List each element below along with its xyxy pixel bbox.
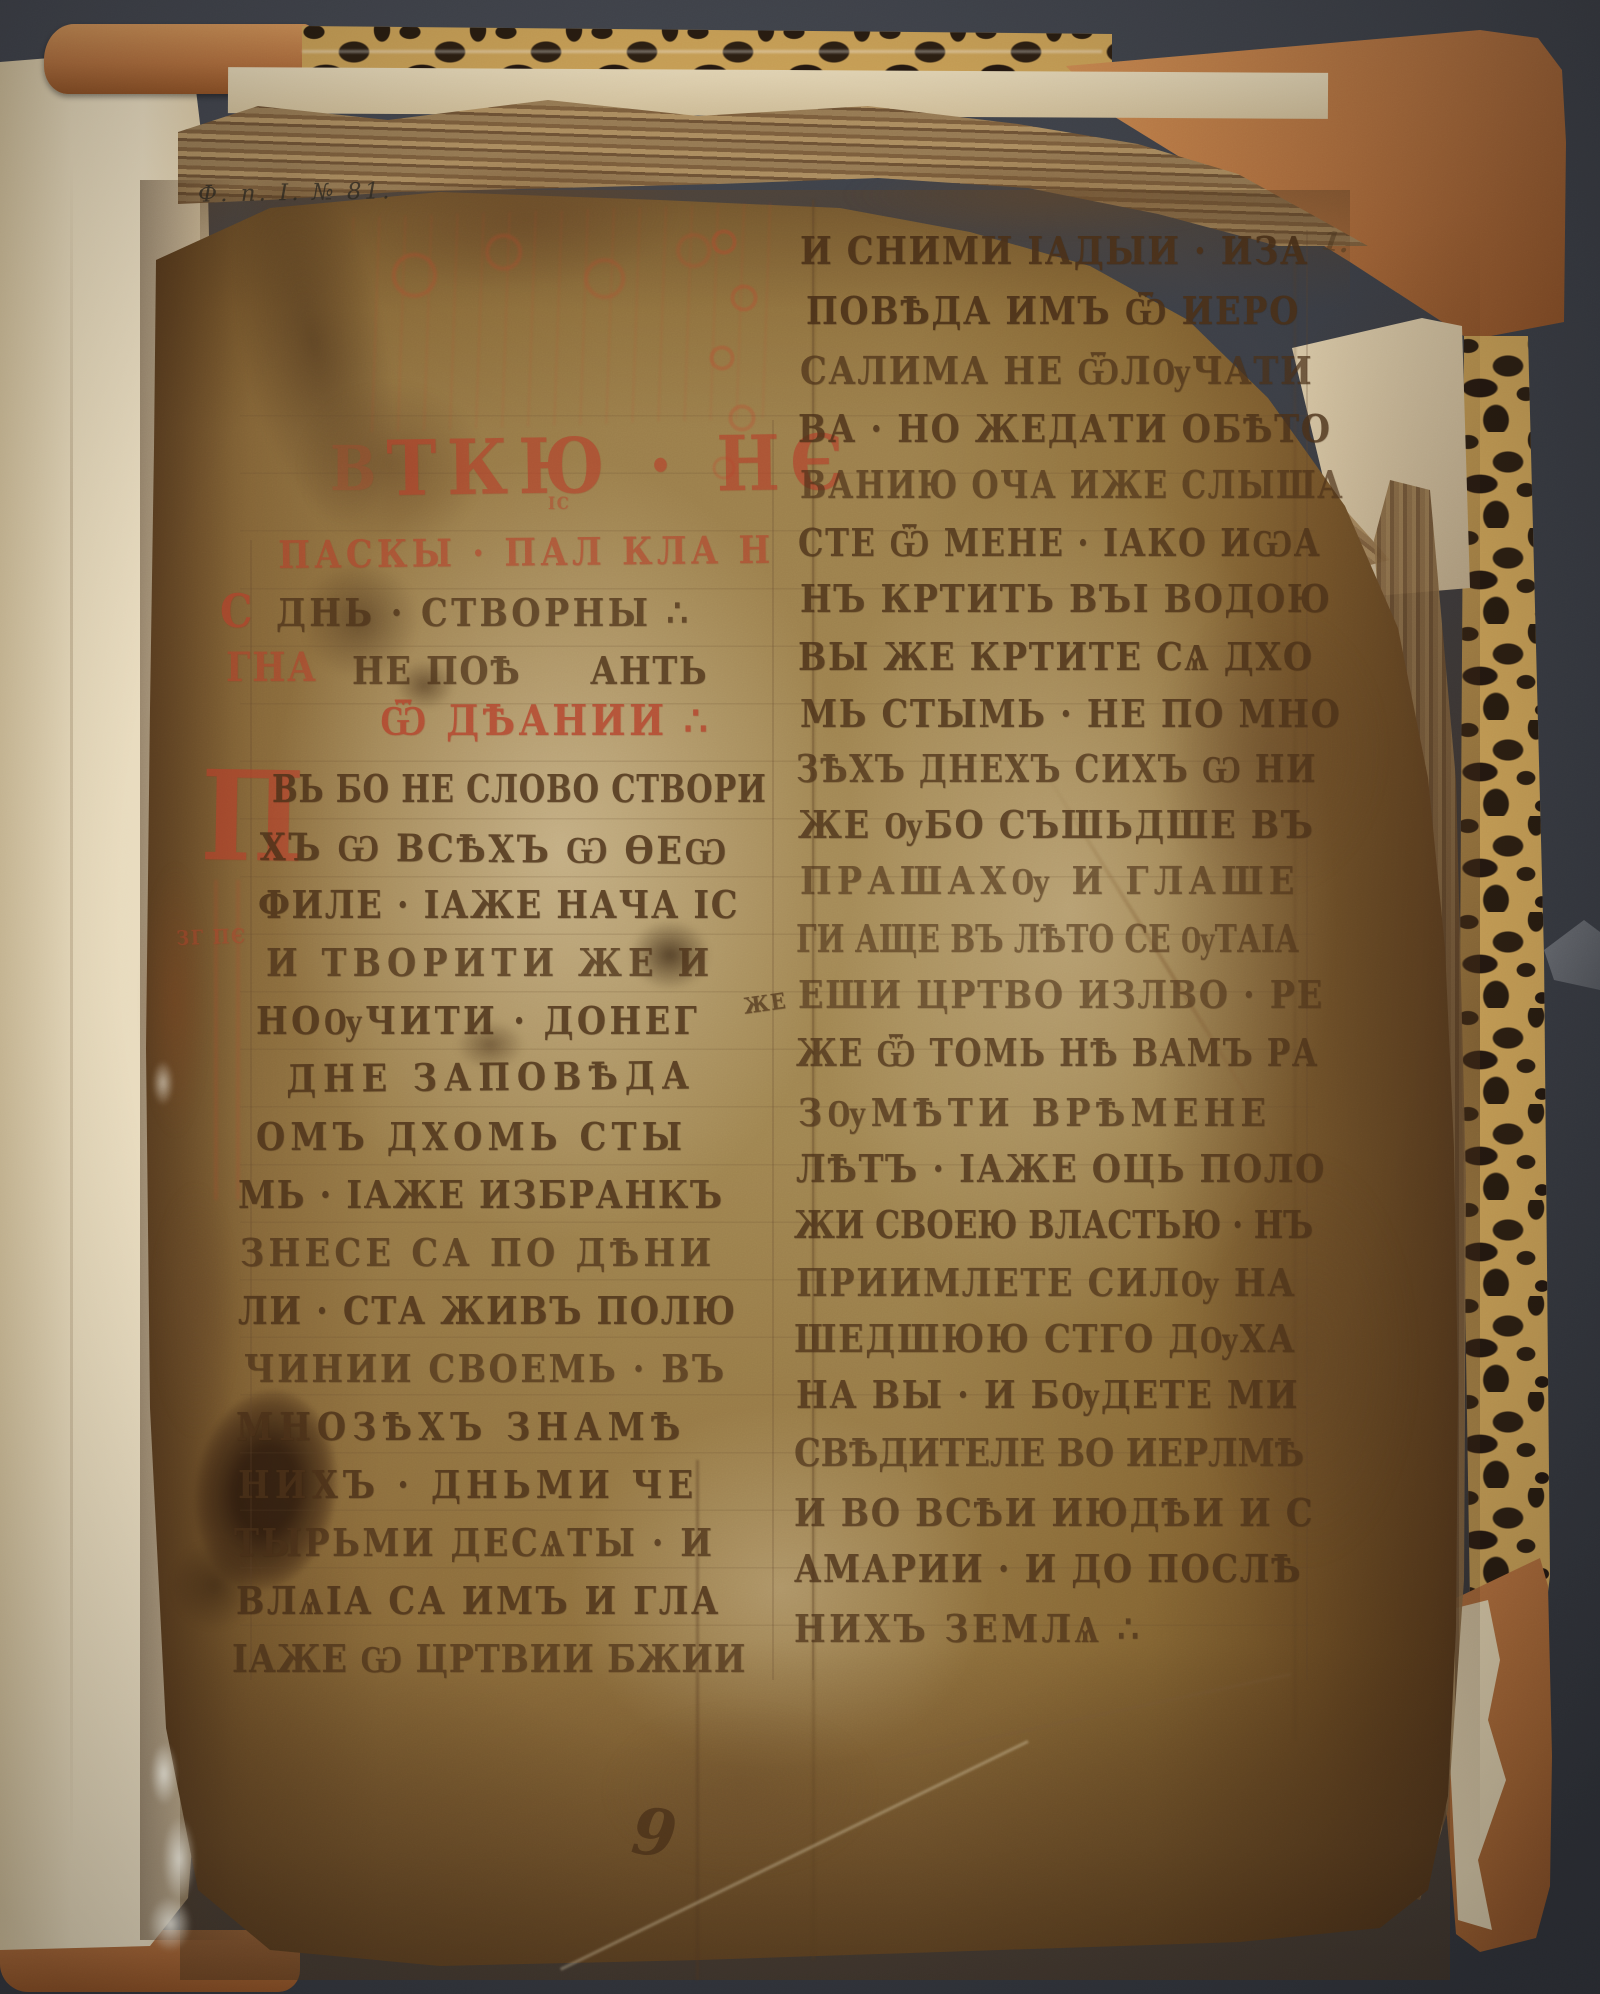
marginal-mark: ЖЕ	[742, 988, 789, 1020]
marginal-marks-layer: ЖЕ	[0, 0, 1600, 1994]
cotton-fiber	[162, 1816, 196, 1902]
shelfmark-inscription: Ф. п. I. № 81.	[198, 178, 393, 207]
cotton-fiber	[152, 1060, 174, 1106]
folio-number: 1.	[1320, 226, 1351, 259]
quire-signature: 9	[628, 1794, 680, 1873]
cotton-fiber	[148, 1896, 192, 1952]
cotton-fiber	[150, 1742, 178, 1806]
manuscript-photograph: ВТКЮ · НЄІСПАСКЫ · ПАЛ КЛА НСГНАѾ ДѢАНИИ…	[0, 0, 1600, 1994]
